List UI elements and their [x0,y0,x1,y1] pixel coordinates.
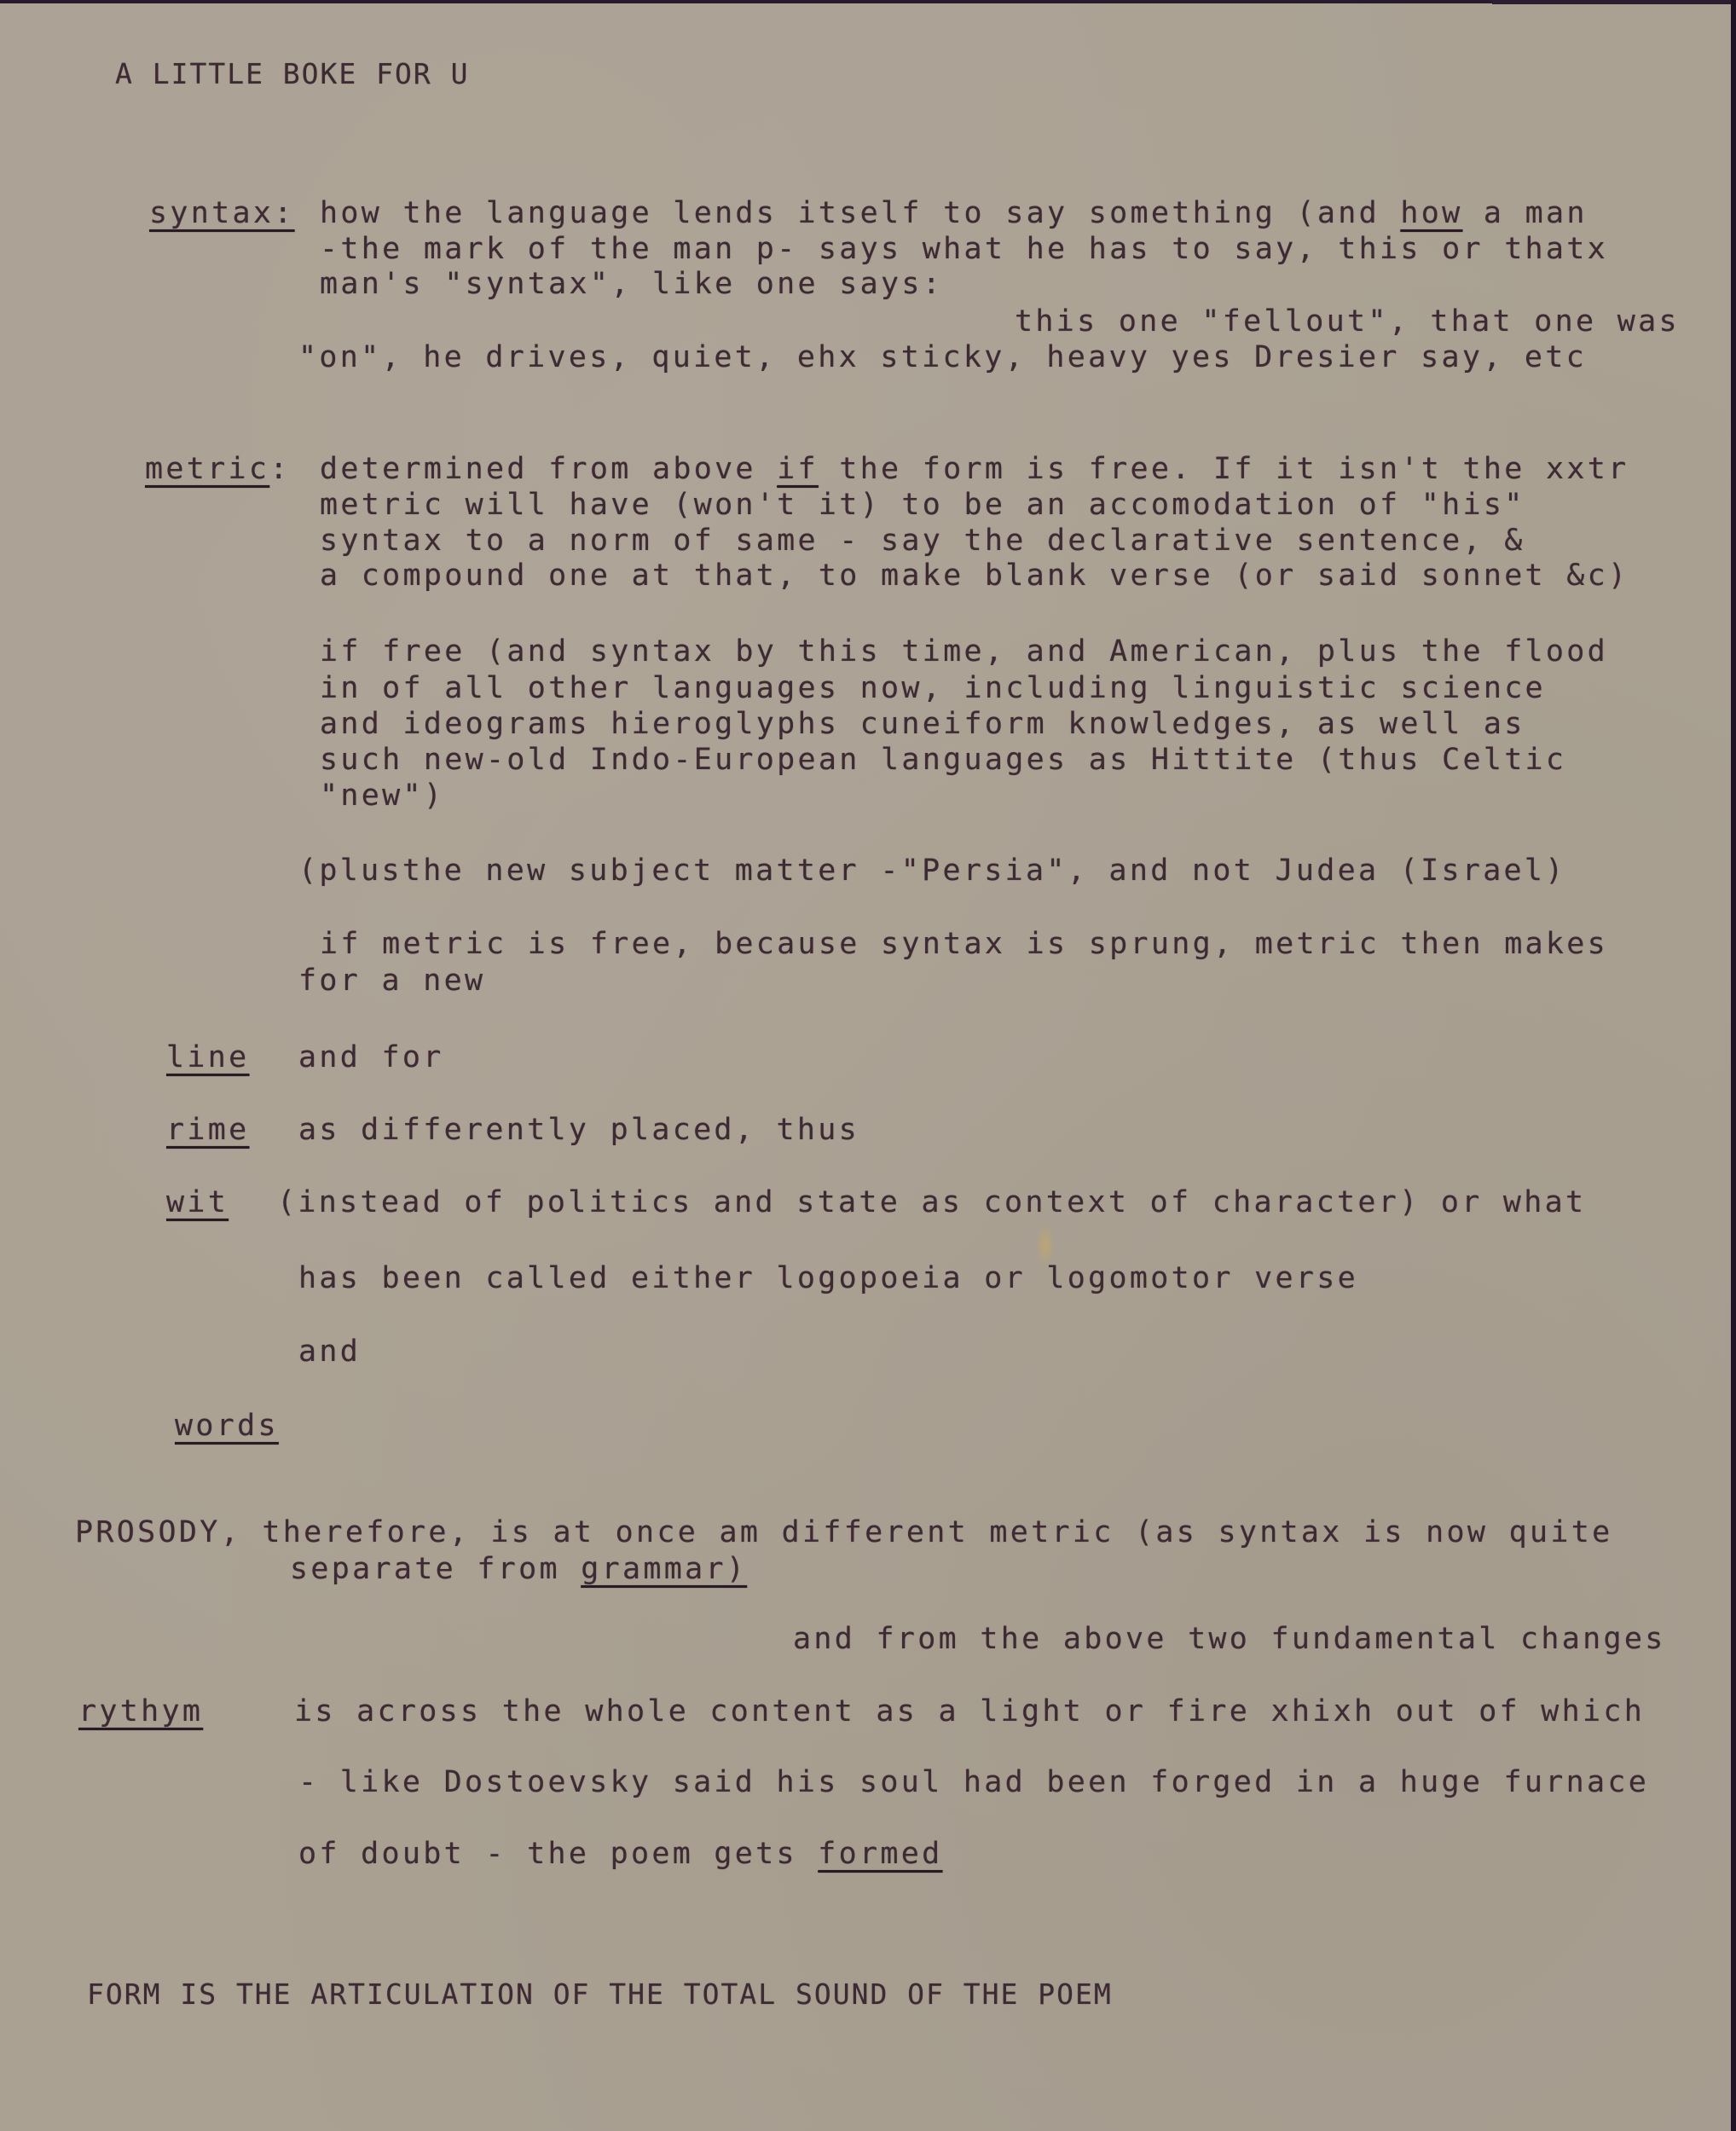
rythym-line-3: of doubt - the poem gets formed [298,1839,943,1869]
label-words: words [175,1411,279,1441]
free-line-4: such new-old Indo-European languages as … [320,745,1566,775]
rythym-line-2: - like Dostoevsky said his soul had been… [298,1768,1649,1798]
metric-line-2: metric will have (won't it) to be an acc… [320,490,1525,520]
label-line: line [166,1043,250,1073]
page-title: A LITTLE BOKE FOR U [115,60,470,88]
label-syntax: syntax: [149,199,295,229]
page-edge-right [1731,0,1736,2131]
syntax-line-1: how the language lends itself to say som… [320,199,1588,229]
syntax-line-2: -the mark of the man p- says what he has… [320,235,1608,264]
label-wit: wit [166,1188,229,1218]
rythym-line-1: is across the whole content as a light o… [294,1697,1645,1727]
label-rythym: rythym [78,1697,203,1727]
paper-stain [1036,1224,1055,1266]
rime-text: as differently placed, thus [298,1115,859,1145]
plus-line: (plusthe new subject matter -"Persia", a… [298,856,1566,886]
sprung-line-1: if metric is free, because syntax is spr… [320,929,1608,959]
metric-line-3: syntax to a norm of same - say the decla… [320,526,1525,556]
syntax-line-5: "on", he drives, quiet, ehx sticky, heav… [298,343,1587,373]
label-rime: rime [166,1115,250,1145]
and-line: and [298,1337,361,1367]
free-line-1: if free (and syntax by this time, and Am… [320,637,1608,667]
page-edge-top [1492,0,1736,4]
free-line-3: and ideograms hieroglyphs cuneiform know… [320,709,1525,739]
syntax-line-4: this one "fellout", that one was [1015,307,1680,337]
free-line-2: in of all other languages now, including… [320,674,1546,704]
prosody-line-1: PROSODY, therefore, is at once am differ… [75,1518,1613,1548]
syntax-line-3: man's "syntax", like one says: [320,269,943,299]
label-metric: metric: [145,455,291,484]
sprung-line-2: for a new [298,966,485,996]
line-text: and for [298,1043,444,1073]
changes-line: and from the above two fundamental chang… [793,1624,1666,1654]
metric-line-1: determined from above if the form is fre… [320,455,1629,484]
wit-text: (instead of politics and state as contex… [277,1188,1586,1218]
logopoeia-line: has been called either logopoeia or logo… [298,1264,1358,1294]
closing-statement: FORM IS THE ARTICULATION OF THE TOTAL SO… [87,1980,1113,2008]
prosody-line-2: separate from grammar) [290,1555,747,1584]
free-line-5: "new") [320,781,444,811]
metric-line-4: a compound one at that, to make blank ve… [320,561,1629,591]
